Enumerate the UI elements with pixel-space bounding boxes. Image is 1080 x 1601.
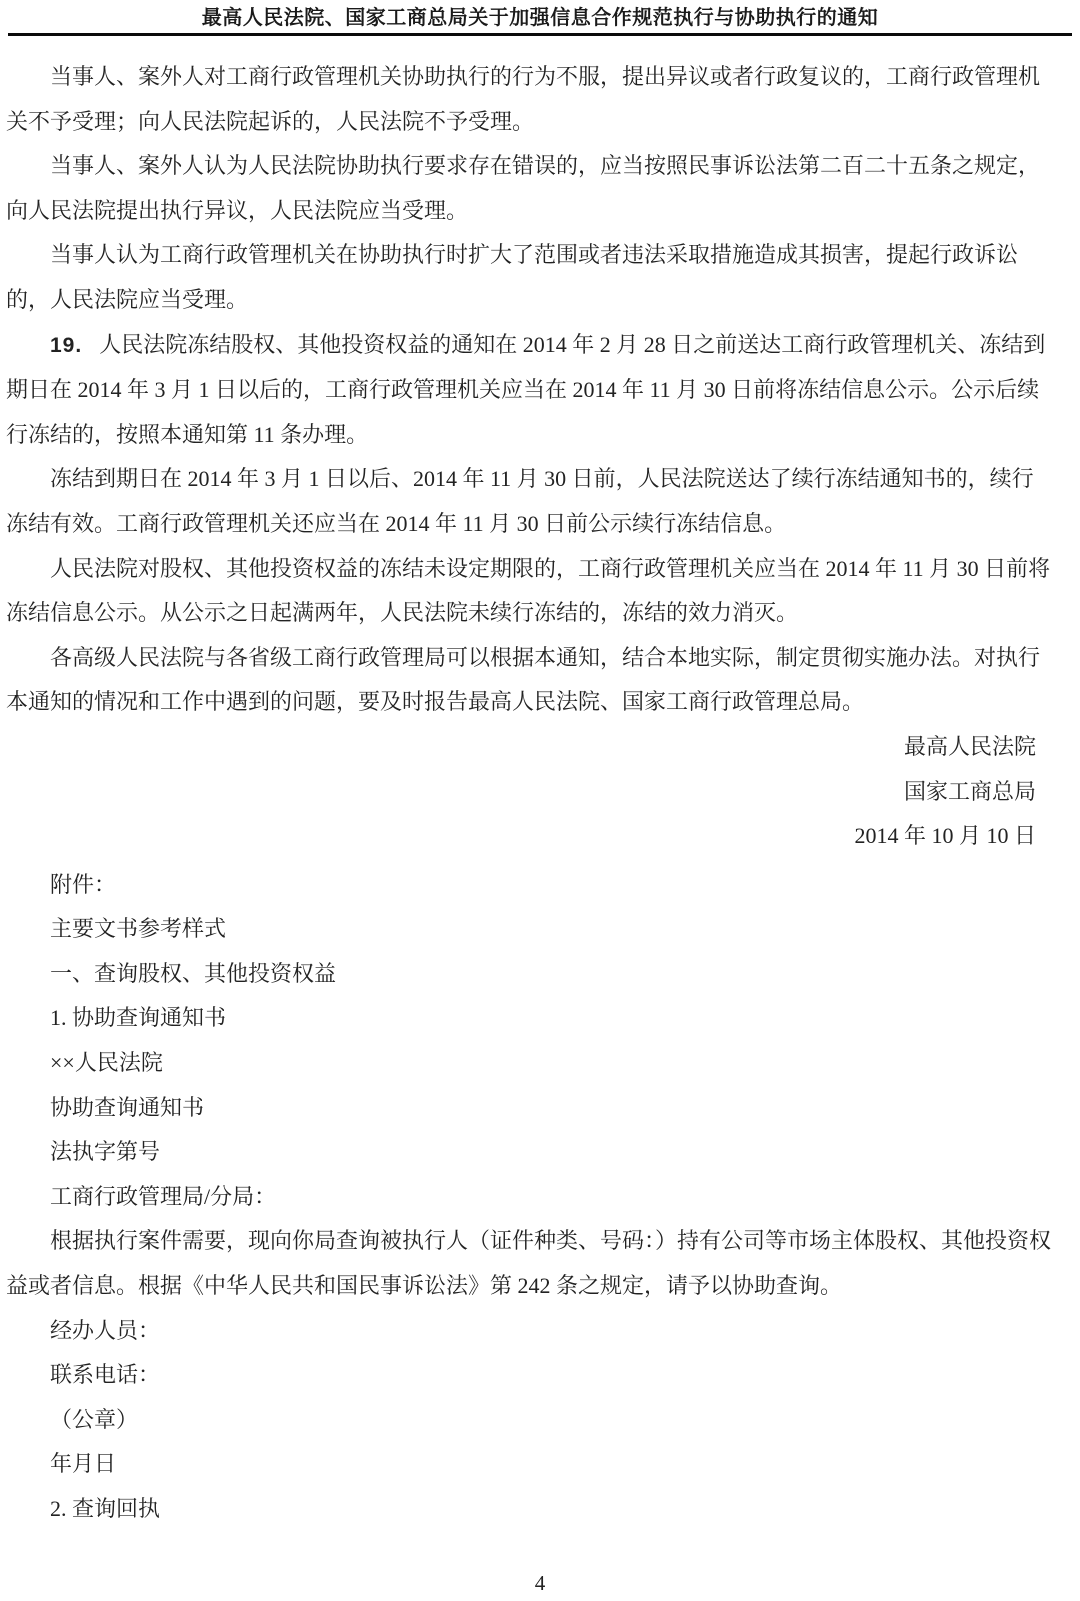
attachment-handler-field: 经办人员： [6, 1309, 1054, 1354]
attachment-seal-placeholder: （公章） [6, 1398, 1054, 1443]
attachment-request-body: 根据执行案件需要，现向你局查询被执行人（证件种类、号码：）持有公司等市场主体股权… [6, 1219, 1054, 1308]
attachment-section: 附件： 主要文书参考样式 一、查询股权、其他投资权益 1. 协助查询通知书 ××… [6, 863, 1054, 1532]
paragraph-item-19: 19.人民法院冻结股权、其他投资权益的通知在 2014 年 2 月 28 日之前… [6, 323, 1054, 458]
document-page: 最高人民法院、国家工商总局关于加强信息合作规范执行与协助执行的通知 当事人、案外… [0, 0, 1080, 1601]
attachment-phone-field: 联系电话： [6, 1353, 1054, 1398]
paragraph-appeal-not-accepted: 当事人、案外人对工商行政管理机关协助执行的行为不服，提出异议或者行政复议的，工商… [6, 55, 1054, 144]
attachment-doc-number: 法执字第号 [6, 1130, 1054, 1175]
running-header: 最高人民法院、国家工商总局关于加强信息合作规范执行与协助执行的通知 [0, 0, 1080, 36]
signature-block: 最高人民法院 国家工商总局 2014 年 10 月 10 日 [6, 725, 1054, 859]
signature-issuer-court: 最高人民法院 [6, 725, 1036, 770]
attachment-title: 主要文书参考样式 [6, 907, 1054, 952]
paragraph-freeze-renewal: 冻结到期日在 2014 年 3 月 1 日以后、2014 年 11 月 30 日… [6, 457, 1054, 546]
attachment-court-placeholder: ××人民法院 [6, 1041, 1054, 1086]
attachment-recipient: 工商行政管理局/分局： [6, 1175, 1054, 1220]
attachment-date-placeholder: 年月日 [6, 1442, 1054, 1487]
item-number-19: 19. [50, 334, 82, 357]
document-title: 最高人民法院、国家工商总局关于加强信息合作规范执行与协助执行的通知 [0, 6, 1080, 30]
item-19-text: 人民法院冻结股权、其他投资权益的通知在 2014 年 2 月 28 日之前送达工… [6, 332, 1045, 447]
page-number: 4 [535, 1571, 546, 1595]
paragraph-implementation-measures: 各高级人民法院与各省级工商行政管理局可以根据本通知，结合本地实际，制定贯彻实施办… [6, 636, 1054, 725]
attachment-item-2-heading: 2. 查询回执 [6, 1487, 1054, 1532]
header-divider [8, 33, 1072, 36]
page-footer: 4 [0, 1571, 1080, 1596]
attachment-item-1-heading: 1. 协助查询通知书 [6, 996, 1054, 1041]
attachment-doc-title: 协助查询通知书 [6, 1086, 1054, 1131]
signature-issuer-saic: 国家工商总局 [6, 770, 1036, 815]
paragraph-enforcement-objection: 当事人、案外人认为人民法院协助执行要求存在错误的，应当按照民事诉讼法第二百二十五… [6, 144, 1054, 233]
attachment-section-one-heading: 一、查询股权、其他投资权益 [6, 952, 1054, 997]
attachment-label: 附件： [6, 863, 1054, 908]
signature-date: 2014 年 10 月 10 日 [6, 814, 1036, 859]
paragraph-freeze-no-term: 人民法院对股权、其他投资权益的冻结未设定期限的，工商行政管理机关应当在 2014… [6, 547, 1054, 636]
document-content: 当事人、案外人对工商行政管理机关协助执行的行为不服，提出异议或者行政复议的，工商… [0, 55, 1080, 1532]
paragraph-admin-lawsuit: 当事人认为工商行政管理机关在协助执行时扩大了范围或者违法采取措施造成其损害，提起… [6, 233, 1054, 322]
